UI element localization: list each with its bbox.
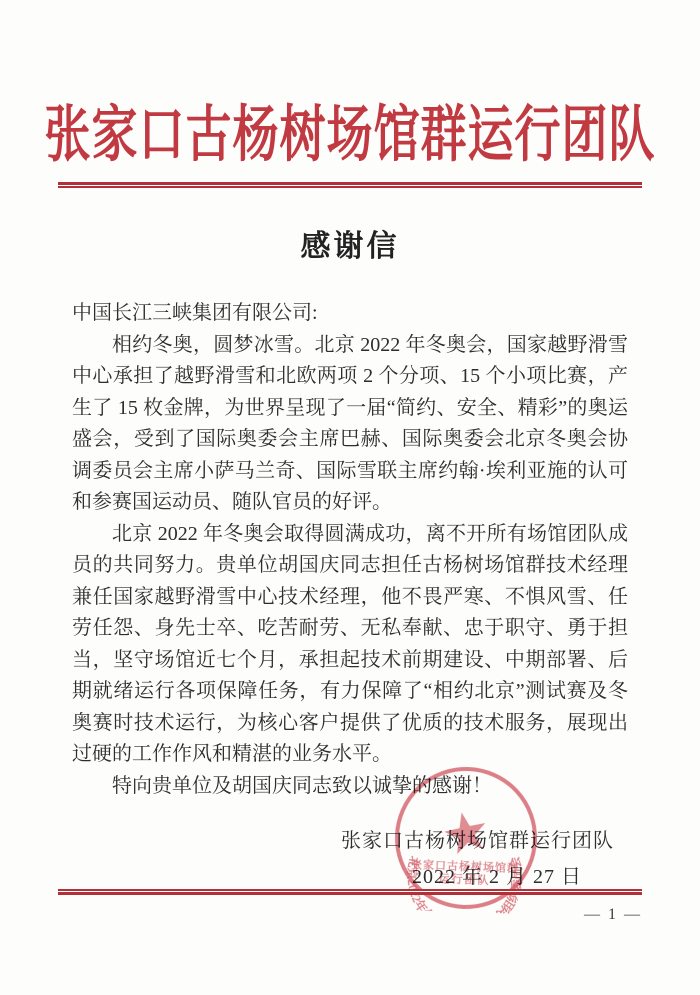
footer-rule <box>58 889 642 895</box>
paragraph-1: 相约冬奥，圆梦冰雪。北京 2022 年冬奥会，国家越野滑雪中心承担了越野滑雪和北… <box>72 330 628 519</box>
signature-org: 张家口古杨树场馆群运行团队 <box>0 826 700 858</box>
letterhead: 张家口古杨树场馆群运行团队 <box>0 0 700 188</box>
letter-body: 中国长江三峡集团有限公司: 相约冬奥，圆梦冰雪。北京 2022 年冬奥会，国家越… <box>0 298 700 802</box>
letter-page: 张家口古杨树场馆群运行团队 感谢信 中国长江三峡集团有限公司: 相约冬奥，圆梦冰… <box>0 0 700 995</box>
recipient-line: 中国长江三峡集团有限公司: <box>72 298 628 330</box>
signature-block: 张家口古杨树场馆群运行团队 2022 年 2 月 27 日 <box>0 826 700 893</box>
paragraph-2: 北京 2022 年冬奥会取得圆满成功，离不开所有场馆团队成员的共同努力。贵单位胡… <box>72 519 628 771</box>
letter-content: 感谢信 中国长江三峡集团有限公司: 相约冬奥，圆梦冰雪。北京 2022 年冬奥会… <box>0 221 700 893</box>
page-number: — 1 — <box>584 906 642 924</box>
letterhead-title: 张家口古杨树场馆群运行团队 <box>0 75 700 186</box>
letter-heading: 感谢信 <box>0 221 700 265</box>
paragraph-3: 特向贵单位及胡国庆同志致以诚挚的感谢！ <box>72 771 628 803</box>
seal-star-icon <box>441 808 490 856</box>
seal-inner-text-1: 张家口古杨树场馆群 <box>411 857 519 875</box>
